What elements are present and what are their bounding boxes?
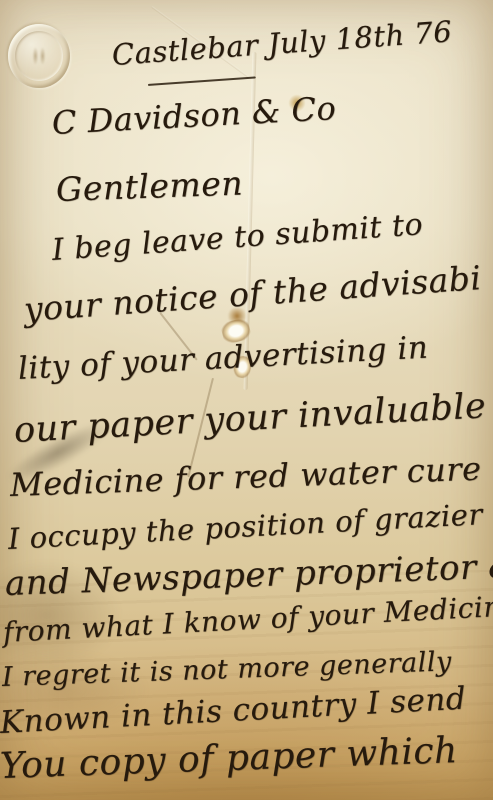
letter-salutation: Gentlemen: [55, 165, 243, 208]
letter-body-line: our paper your invaluable: [13, 387, 487, 450]
pen-flourish-underline: [148, 76, 256, 86]
letter-body-line: your notice of the advisabi: [23, 260, 483, 328]
embossed-seal-glyph: [30, 40, 48, 72]
letter-body-line: I beg leave to submit to: [51, 208, 424, 267]
letter-page: Castlebar July 18th 76 C Davidson & Co G…: [0, 0, 493, 800]
letter-dateline: Castlebar July 18th 76: [111, 16, 453, 72]
letter-body-line: Medicine for red water cure: [9, 452, 482, 504]
embossed-seal-icon: [8, 24, 70, 88]
letter-body-line: You copy of paper which: [0, 731, 458, 787]
letter-recipient: C Davidson & Co: [51, 91, 337, 141]
letter-body-line: I occupy the position of grazier: [7, 499, 483, 556]
